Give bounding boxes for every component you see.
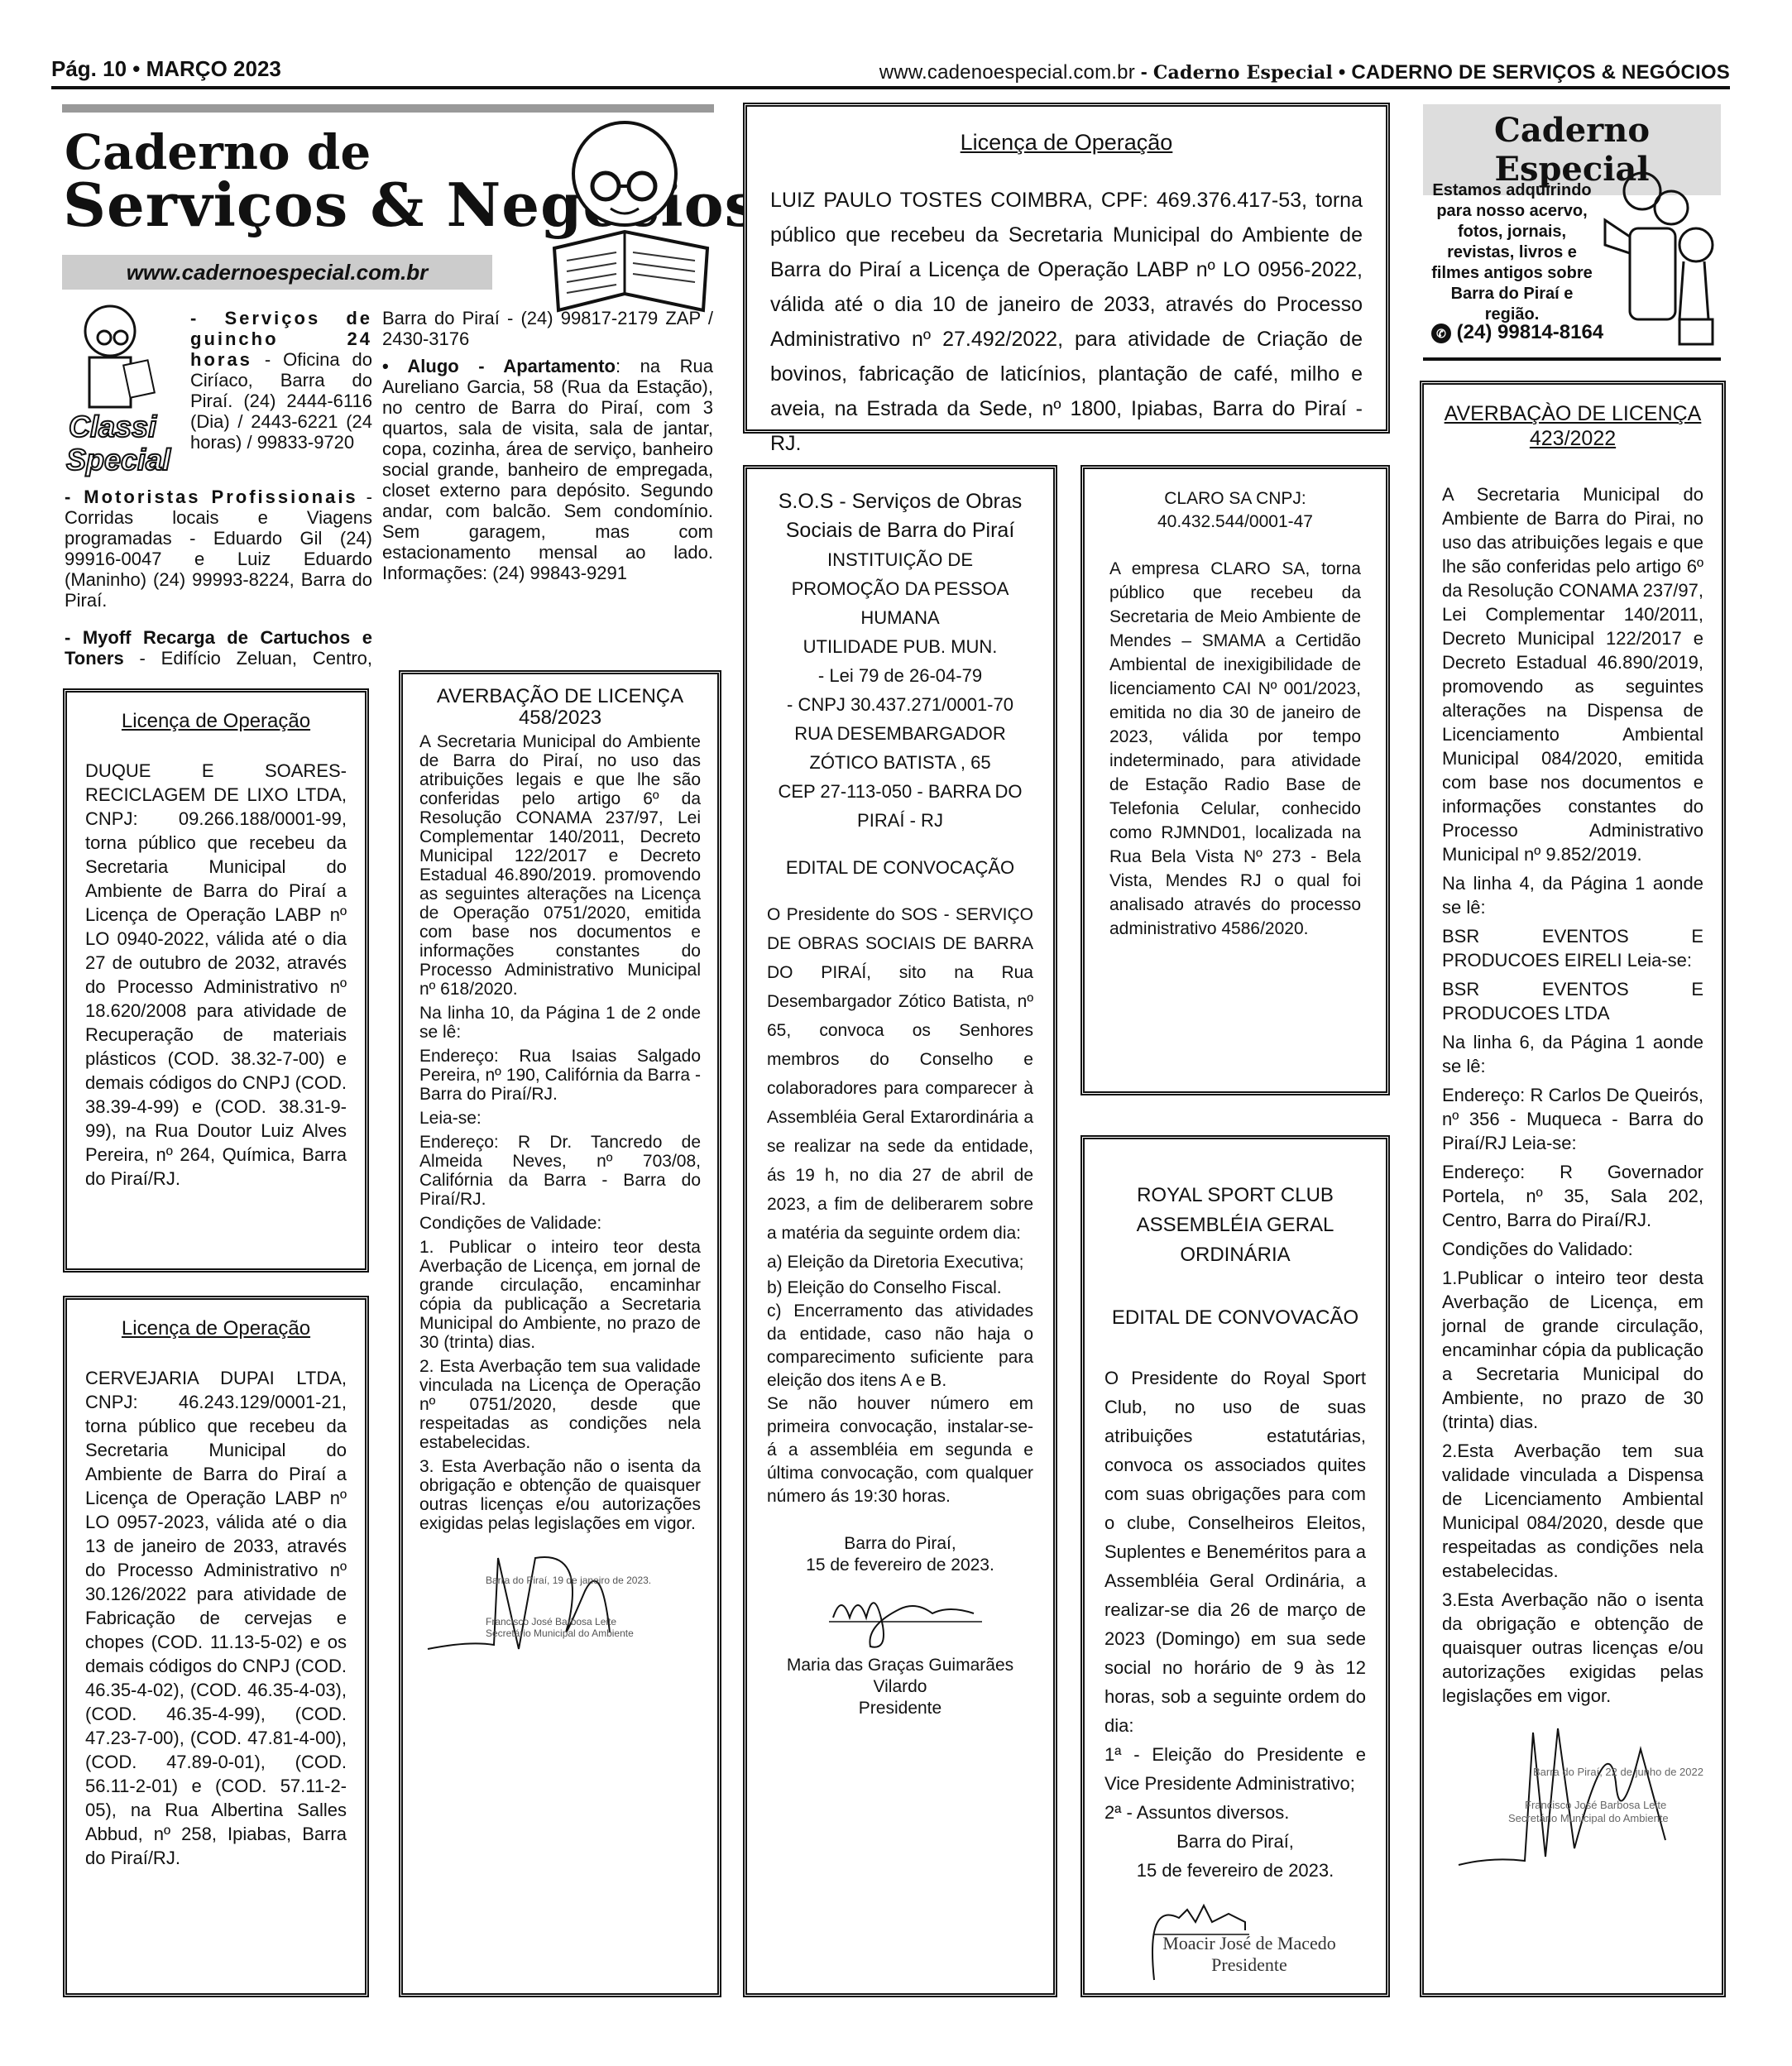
- promo-phone: ✆ (24) 99814-8164: [1431, 321, 1603, 344]
- notice-title: CLARO SA CNPJ:: [1109, 487, 1361, 511]
- notice-title: Licença de Operação: [85, 1318, 347, 1340]
- paragraph: BSR EVENTOS E PRODUCOES LTDA: [1442, 977, 1703, 1025]
- paragraph: O Presidente do SOS - SERVIÇO DE OBRAS S…: [767, 900, 1033, 1248]
- paragraph: O Presidente do Royal Sport Club, no uso…: [1104, 1364, 1366, 1740]
- edital-heading: EDITAL DE CONVOCAÇÃO: [767, 853, 1033, 882]
- date: 15 de fevereiro de 2023.: [767, 1555, 1033, 1576]
- notice-cervejaria-dupai: Licença de Operação CERVEJARIA DUPAI LTD…: [63, 1296, 369, 1997]
- paragraph: c) Encerramento das atividades da entida…: [767, 1300, 1033, 1393]
- handwritten-signature: [419, 1541, 701, 1657]
- brand-name: Caderno Especial: [1153, 62, 1333, 84]
- classified-motoristas: - Motoristas Profissionais - Corridas lo…: [65, 487, 372, 611]
- paragraph: 2.Esta Averbação tem sua validade vincul…: [1442, 1439, 1703, 1583]
- notice-title: AVERBAÇÃO DE LICENÇA: [419, 686, 701, 707]
- signature-stamp: Moacir José de Macedo Presidente: [1104, 1885, 1366, 1984]
- paragraph: Endereço: Rua Isaias Salgado Pereira, nº…: [419, 1047, 701, 1104]
- notice-body: A empresa CLARO SA, torna público que re…: [1109, 557, 1361, 941]
- date: 15 de fevereiro de 2023.: [1104, 1856, 1366, 1885]
- notice-title: Licença de Operação: [85, 711, 347, 732]
- promo-rule: [1423, 357, 1721, 361]
- notice-title: Licença de Operação: [770, 125, 1363, 160]
- notice-duque-soares: Licença de Operação DUQUE E SOARES-RECIC…: [63, 688, 369, 1273]
- masthead-bar: [62, 104, 714, 113]
- paragraph: 3.Esta Averbação não o isenta da obrigaç…: [1442, 1588, 1703, 1708]
- promo-text: Estamos adquirindo para nosso acervo, fo…: [1423, 180, 1601, 325]
- signature-block: Barra do Piraí, 22 de junho de 2022 Fran…: [1442, 1716, 1703, 1873]
- notice-sos-obras-sociais: S.O.S - Serviços de Obras Sociais de Bar…: [743, 465, 1057, 1997]
- paragraph: Condições de Validade:: [419, 1214, 701, 1233]
- handwritten-signature: [767, 1576, 1033, 1655]
- notice-number: 458/2023: [419, 707, 701, 729]
- classified-guincho: - Serviços de guincho 24 horas - Oficina…: [190, 308, 372, 453]
- site-url: www.cadenoespecial.com.br: [879, 61, 1135, 84]
- sos-header: S.O.S - Serviços de Obras Sociais de Bar…: [767, 487, 1033, 835]
- svg-text:Special: Special: [66, 443, 171, 477]
- svg-text:Classi: Classi: [69, 410, 157, 443]
- paragraph: 1ª - Eleição do Presidente e Vice Presid…: [1104, 1740, 1366, 1798]
- edital-heading: EDITAL DE CONVOVACÃO: [1104, 1303, 1366, 1332]
- running-header: www.cadenoespecial.com.br - Caderno Espe…: [879, 61, 1730, 84]
- paragraph: 2ª - Assuntos diversos.: [1104, 1798, 1366, 1827]
- paragraph: Na linha 4, da Página 1 aonde se lê:: [1442, 871, 1703, 919]
- paragraph: Na linha 6, da Página 1 aonde se lê:: [1442, 1030, 1703, 1078]
- paragraph: A Secretaria Municipal do Ambiente de Ba…: [1442, 482, 1703, 866]
- notice-royal-sport-club: ROYAL SPORT CLUB ASSEMBLÉIA GERAL ORDINÁ…: [1080, 1135, 1390, 1997]
- signer-name: Moacir José de Macedo: [1154, 1933, 1344, 1954]
- whatsapp-icon: ✆: [1431, 324, 1451, 343]
- paragraph: 1.Publicar o inteiro teor desta Averbaçã…: [1442, 1266, 1703, 1434]
- paragraph: b) Eleição do Conselho Fiscal.: [767, 1277, 1033, 1300]
- section-name: CADERNO DE SERVIÇOS & NEGÓCIOS: [1351, 61, 1730, 84]
- notice-body: DUQUE E SOARES-RECICLAGEM DE LIXO LTDA, …: [85, 759, 347, 1191]
- place: Barra do Piraí,: [1104, 1827, 1366, 1856]
- notice-body: LUIZ PAULO TOSTES COIMBRA, CPF: 469.376.…: [770, 183, 1363, 461]
- notice-averbacao-423: AVERBAÇÀO DE LICENÇA 423/2022 A Secretar…: [1420, 381, 1726, 1997]
- signature-block: Barra do Piraí, 19 de janeiro de 2023. F…: [419, 1541, 701, 1657]
- notice-cnpj: 40.432.544/0001-47: [1109, 511, 1361, 534]
- paragraph: Na linha 10, da Página 1 de 2 onde se lê…: [419, 1004, 701, 1042]
- classified-alugo: • Alugo - Apartamento: na Rua Aureliano …: [382, 356, 713, 583]
- notice-title: AVERBAÇÀO DE LICENÇA: [1442, 401, 1703, 426]
- header-rule: [51, 86, 1730, 89]
- paragraph: Endereço: R Carlos De Queirós, nº 356 - …: [1442, 1083, 1703, 1155]
- signer-role: Presidente: [1154, 1954, 1344, 1976]
- notice-claro-sa: CLARO SA CNPJ: 40.432.544/0001-47 A empr…: [1080, 465, 1390, 1095]
- notice-averbacao-458: AVERBAÇÃO DE LICENÇA 458/2023 A Secretar…: [399, 670, 721, 1997]
- handwritten-signature: [1442, 1716, 1715, 1873]
- classi-special-badge: Classi Special: [65, 298, 180, 480]
- paragraph: 2. Esta Averbação tem sua validade vincu…: [419, 1357, 701, 1452]
- paragraph: Se não houver número em primeira convoca…: [767, 1393, 1033, 1508]
- classified-myoff-continued: Barra do Piraí - (24) 99817-2179 ZAP / 2…: [382, 308, 713, 349]
- classified-myoff: - Myoff Recarga de Cartuchos e Toners - …: [65, 627, 372, 669]
- notice-number: 423/2022: [1442, 426, 1703, 451]
- paragraph: BSR EVENTOS E PRODUCOES EIRELI Leia-se:: [1442, 924, 1703, 972]
- paragraph: 1. Publicar o inteiro teor desta Averbaç…: [419, 1238, 701, 1352]
- promo-caderno-especial: Caderno Especial Estamos adquirindo para…: [1423, 104, 1721, 361]
- projector-illustration: [1601, 162, 1717, 352]
- place: Barra do Piraí,: [767, 1533, 1033, 1555]
- paragraph: Condições do Validado:: [1442, 1237, 1703, 1261]
- page-number-date: Pág. 10 • MARÇO 2023: [51, 56, 281, 82]
- signer-role: Presidente: [767, 1698, 1033, 1719]
- paragraph: Endereço: R Dr. Tancredo de Almeida Neve…: [419, 1133, 701, 1209]
- paragraph: a) Eleição da Diretoria Executiva;: [767, 1248, 1033, 1277]
- paragraph: Endereço: R Governador Portela, nº 35, S…: [1442, 1160, 1703, 1232]
- paragraph: Leia-se:: [419, 1109, 701, 1128]
- newspaper-reader-illustration: [538, 116, 720, 314]
- paragraph: 3. Esta Averbação não o isenta da obriga…: [419, 1457, 701, 1533]
- notice-body: CERVEJARIA DUPAI LTDA, CNPJ: 46.243.129/…: [85, 1366, 347, 1870]
- masthead-url: www.cadernoespecial.com.br: [62, 255, 492, 290]
- notice-luiz-paulo: Licença de Operação LUIZ PAULO TOSTES CO…: [743, 103, 1390, 434]
- signer-name: Maria das Graças Guimarães Vilardo: [767, 1655, 1033, 1698]
- paragraph: A Secretaria Municipal do Ambiente de Ba…: [419, 732, 701, 999]
